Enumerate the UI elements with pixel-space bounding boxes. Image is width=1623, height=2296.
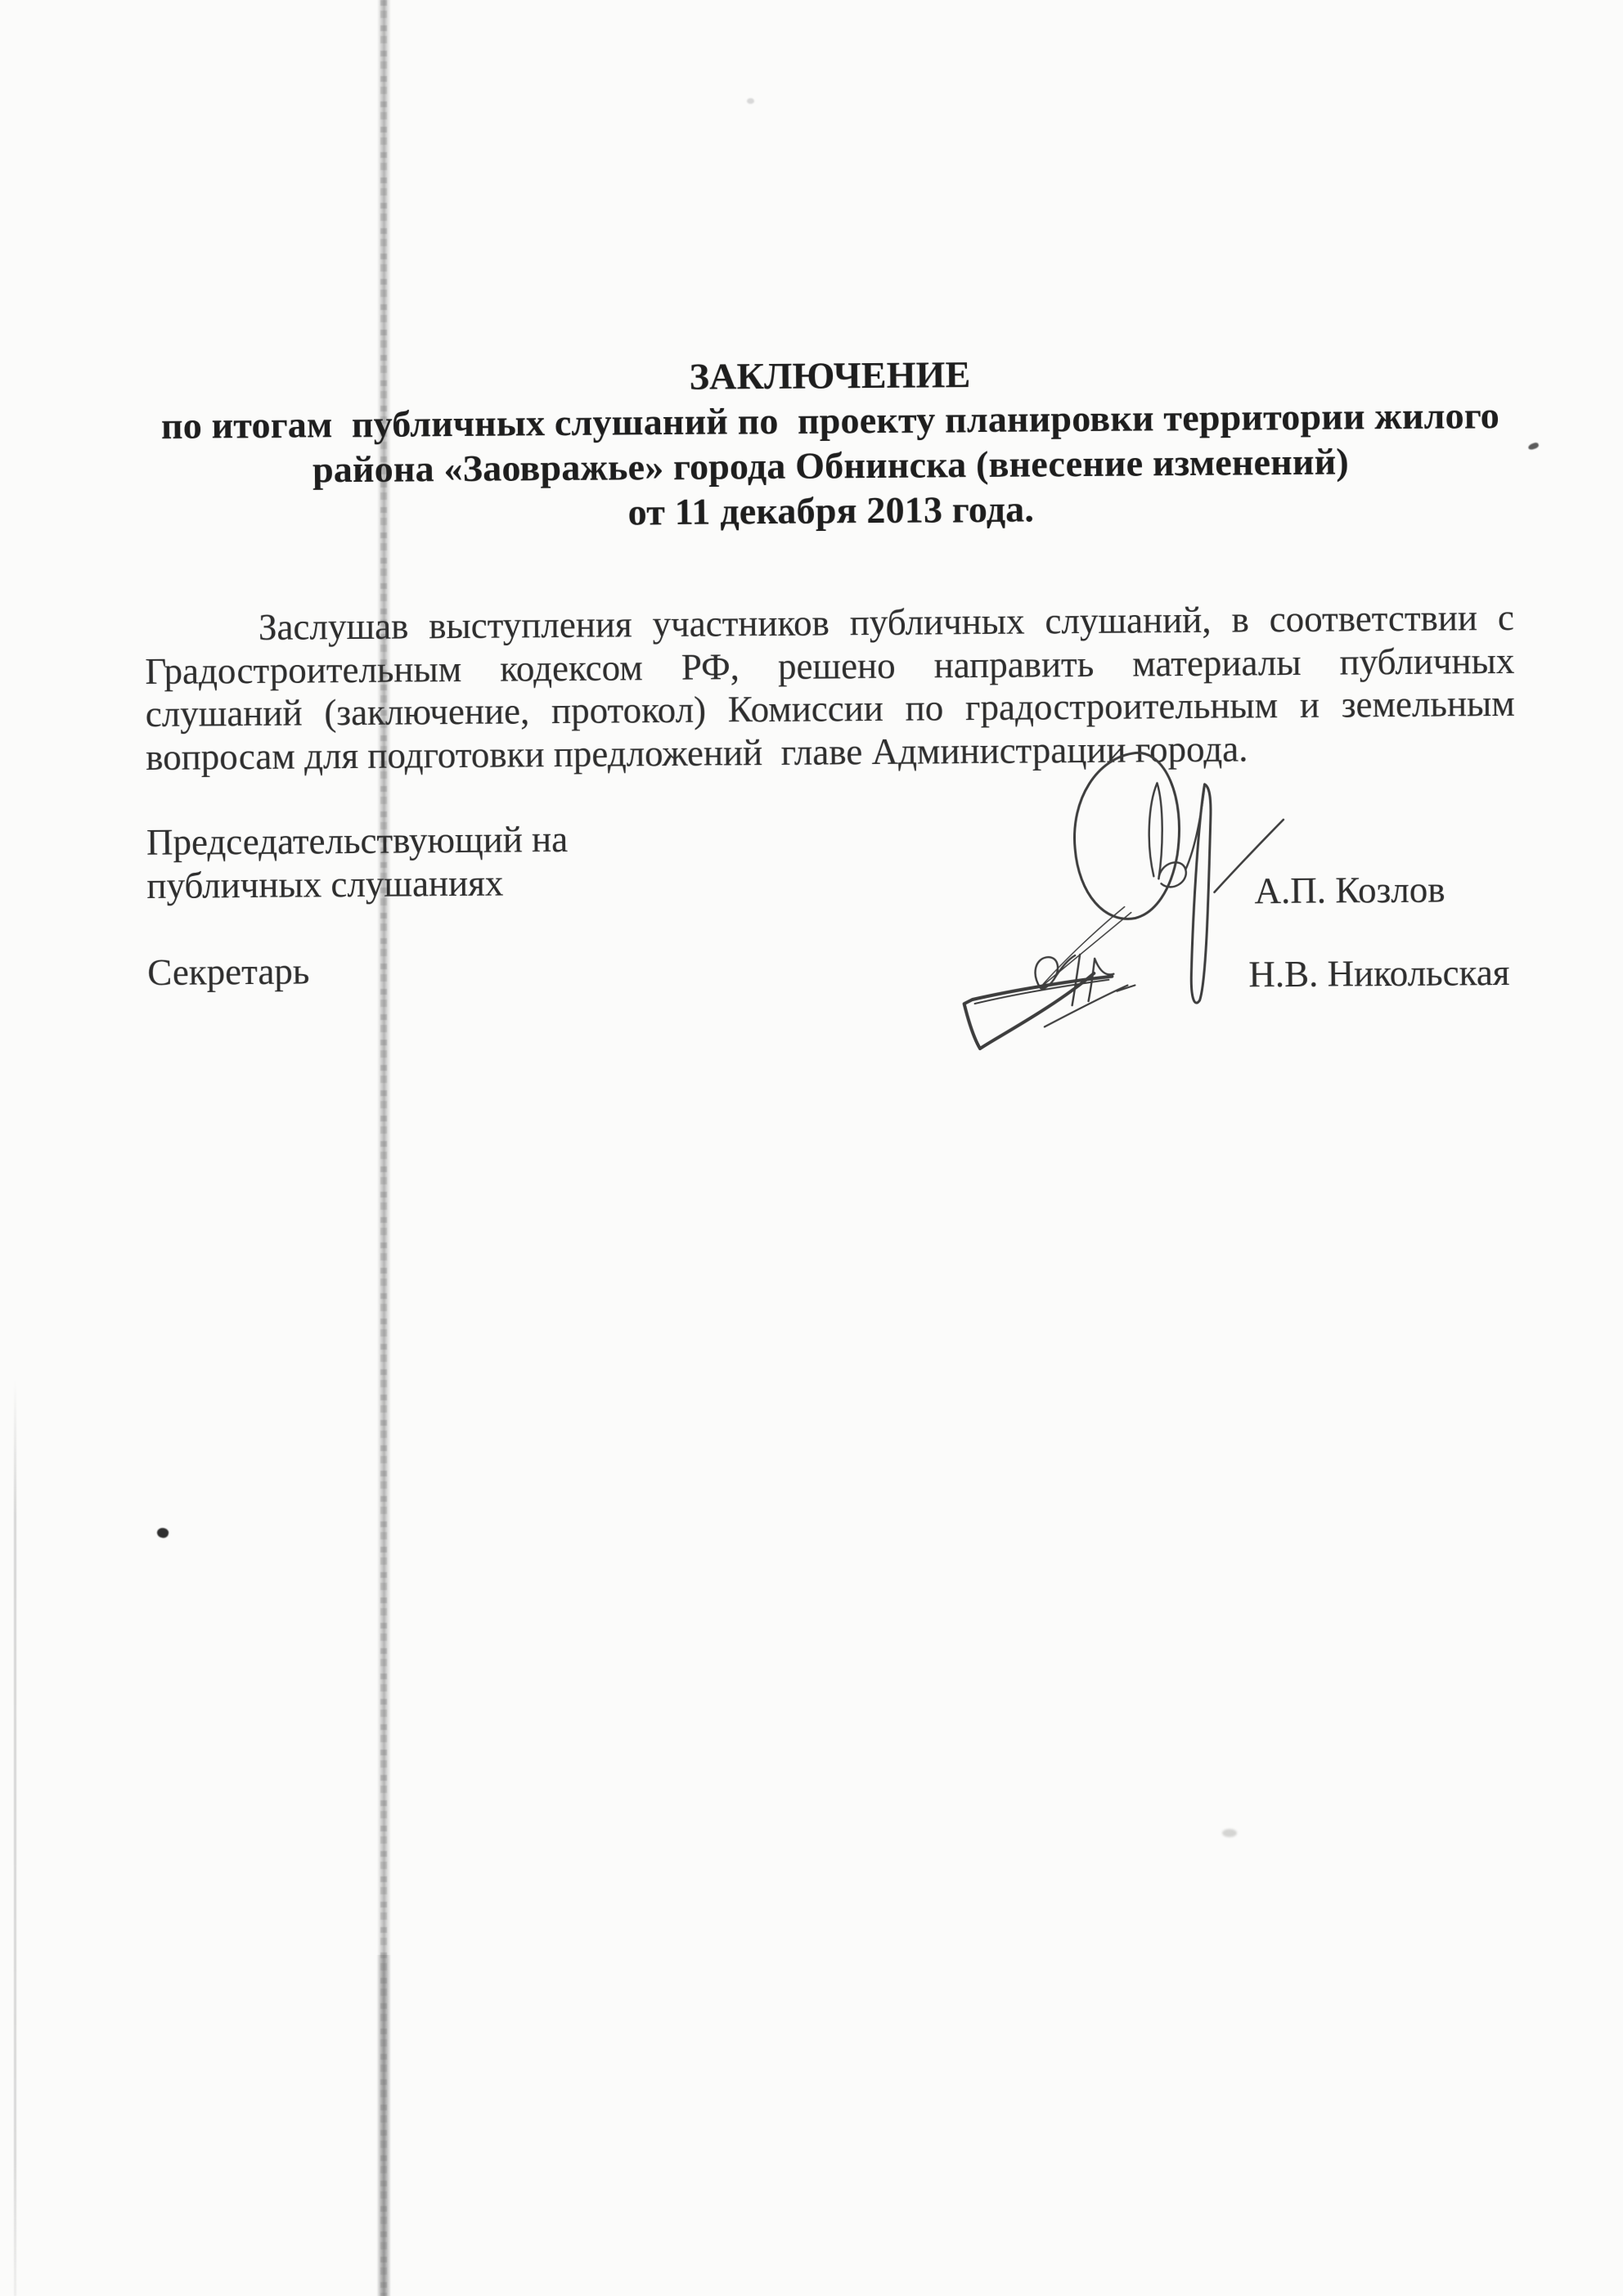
- document-date-line: от 11 декабря 2013 года.: [144, 483, 1518, 538]
- kozlov-inner-loop-stroke: [1149, 783, 1162, 878]
- signer-role-chairman-line-2: публичных слушаниях: [146, 862, 503, 908]
- nikolskaya-tail-hairline-a: [1040, 913, 1132, 988]
- kozlov-flick-stroke: [1214, 820, 1284, 892]
- handwritten-signatures: [918, 718, 1329, 1065]
- kozlov-oval-stroke: [1074, 753, 1180, 919]
- signature-kozlov: [1074, 752, 1285, 1004]
- scanned-document: { "document": { "title": { "line1": "ЗАК…: [0, 0, 1623, 2296]
- signature-nikolskaya: [964, 907, 1135, 1049]
- kozlov-descender-stroke: [1189, 784, 1212, 1003]
- signer-role-secretary: Секретарь: [147, 950, 309, 994]
- faint-speck-top: [747, 98, 754, 104]
- document-content: ЗАКЛЮЧЕНИЕ по итогам публичных слушаний …: [0, 0, 1623, 2296]
- signer-role-chairman-line-1: Председательствующий на: [146, 818, 568, 865]
- faint-smudge-bottom: [1222, 1829, 1237, 1837]
